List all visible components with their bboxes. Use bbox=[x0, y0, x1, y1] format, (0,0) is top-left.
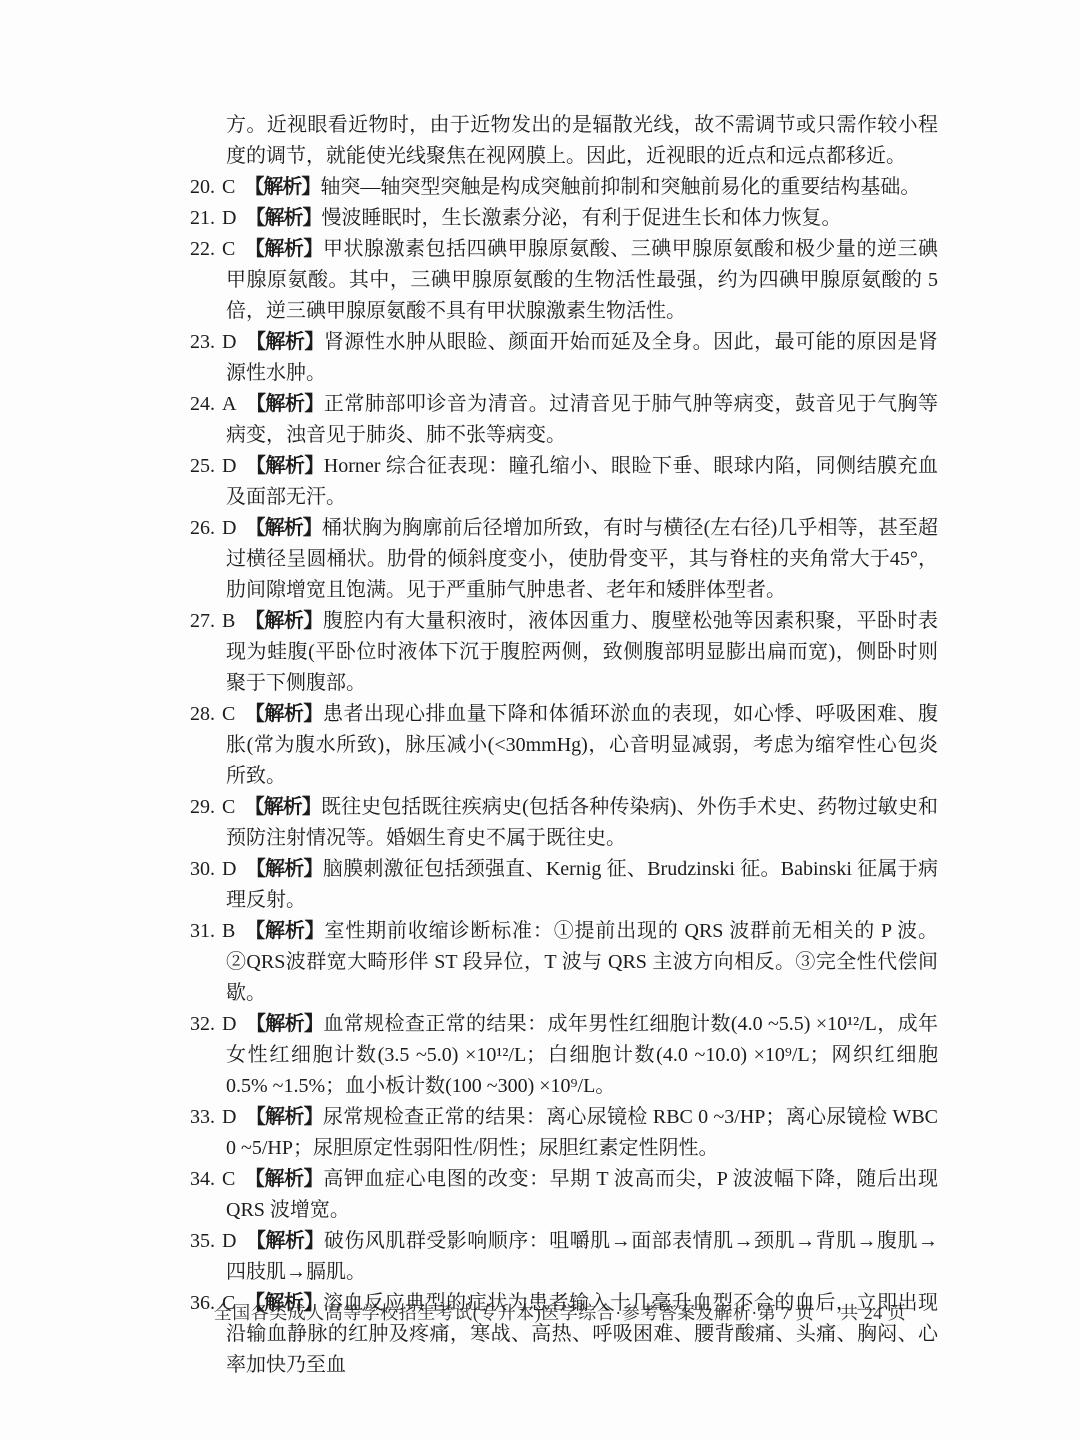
question-number: 28.C bbox=[190, 703, 235, 725]
analysis-label: 【解析】 bbox=[244, 796, 321, 818]
question-number: 20.C bbox=[190, 176, 235, 198]
answer-item: 31.B【解析】室性期前收缩诊断标准：①提前出现的 QRS 波群前无相关的 P … bbox=[190, 916, 938, 1009]
analysis-label: 【解析】 bbox=[245, 331, 323, 353]
footer-text: 全国各类成人高等学校招生考试(专升本)医学综合·参考答案及解析·第 7 页 bbox=[214, 1303, 814, 1323]
answer-letter: B bbox=[222, 610, 235, 632]
answer-letter: D bbox=[222, 1013, 236, 1035]
answer-item: 35.D【解析】破伤风肌群受影响顺序：咀嚼肌→面部表情肌→颈肌→背肌→腹肌→四肢… bbox=[190, 1226, 938, 1288]
analysis-text: 患者出现心排血量下降和体循环淤血的表现，如心悸、呼吸困难、腹胀(常为腹水所致)，… bbox=[226, 703, 938, 787]
answer-item: 20.C【解析】轴突—轴突型突触是构成突触前抑制和突触前易化的重要结构基础。 bbox=[190, 172, 938, 203]
answer-item: 30.D【解析】脑膜刺激征包括颈强直、Kernig 征、Brudzinski 征… bbox=[190, 854, 938, 916]
analysis-label: 【解析】 bbox=[245, 517, 321, 539]
answer-item: 23.D【解析】肾源性水肿从眼睑、颜面开始而延及全身。因此，最可能的原因是肾源性… bbox=[190, 327, 938, 389]
question-number: 32.D bbox=[190, 1013, 236, 1035]
page-footer: 全国各类成人高等学校招生考试(专升本)医学综合·参考答案及解析·第 7 页共 2… bbox=[160, 1299, 960, 1325]
answer-letter: D bbox=[222, 1230, 236, 1252]
answer-list: 20.C【解析】轴突—轴突型突触是构成突触前抑制和突触前易化的重要结构基础。 2… bbox=[190, 172, 938, 1381]
analysis-label: 【解析】 bbox=[244, 1168, 323, 1190]
analysis-text: Horner 综合征表现：瞳孔缩小、眼睑下垂、眼球内陷，同侧结膜充血及面部无汗。 bbox=[226, 455, 938, 508]
analysis-label: 【解析】 bbox=[244, 920, 324, 942]
answer-item: 22.C【解析】甲状腺激素包括四碘甲腺原氨酸、三碘甲腺原氨酸和极少量的逆三碘甲腺… bbox=[190, 234, 938, 327]
answer-letter: D bbox=[222, 455, 236, 477]
question-number: 24.A bbox=[190, 393, 236, 415]
analysis-text: 破伤风肌群受影响顺序：咀嚼肌→面部表情肌→颈肌→背肌→腹肌→四肢肌→膈肌。 bbox=[226, 1230, 938, 1283]
question-number-text: 24. bbox=[190, 393, 215, 415]
question-number: 31.B bbox=[190, 920, 235, 942]
answer-item: 26.D【解析】桶状胸为胸廓前后径增加所致，有时与横径(左右径)几乎相等，甚至超… bbox=[190, 513, 938, 606]
question-number: 26.D bbox=[190, 517, 236, 539]
answer-letter: C bbox=[222, 703, 235, 725]
analysis-text: 腹腔内有大量积液时，液体因重力、腹壁松弛等因素积聚，平卧时表现为蛙腹(平卧位时液… bbox=[226, 610, 938, 694]
answer-letter: C bbox=[222, 176, 235, 198]
analysis-label: 【解析】 bbox=[245, 1106, 322, 1128]
question-number-text: 29. bbox=[190, 796, 215, 818]
question-number: 33.D bbox=[190, 1106, 236, 1128]
answer-item: 33.D【解析】尿常规检查正常的结果：离心尿镜检 RBC 0 ~3/HP；离心尿… bbox=[190, 1102, 938, 1164]
answer-letter: D bbox=[222, 331, 236, 353]
question-number: 29.C bbox=[190, 796, 235, 818]
analysis-text: 血常规检查正常的结果：成年男性红细胞计数(4.0 ~5.5) ×10¹²/L，成… bbox=[226, 1013, 938, 1097]
analysis-text: 桶状胸为胸廓前后径增加所致，有时与横径(左右径)几乎相等，甚至超过横径呈圆桶状。… bbox=[226, 517, 938, 601]
analysis-text: 正常肺部叩诊音为清音。过清音见于肺气肿等病变，鼓音见于气胸等病变，浊音见于肺炎、… bbox=[226, 393, 938, 446]
analysis-text: 肾源性水肿从眼睑、颜面开始而延及全身。因此，最可能的原因是肾源性水肿。 bbox=[226, 331, 938, 384]
answer-letter: D bbox=[222, 858, 236, 880]
question-number: 34.C bbox=[190, 1168, 235, 1190]
question-number: 22.C bbox=[190, 238, 235, 260]
question-number-text: 34. bbox=[190, 1168, 215, 1190]
scanned-answer-page: 方。近视眼看近物时，由于近物发出的是辐散光线，故不需调节或只需作较小程度的调节，… bbox=[0, 0, 1080, 1439]
question-number-text: 28. bbox=[190, 703, 215, 725]
analysis-label: 【解析】 bbox=[244, 610, 323, 632]
answer-item: 21.D【解析】慢波睡眠时，生长激素分泌，有利于促进生长和体力恢复。 bbox=[190, 203, 938, 234]
answer-item: 28.C【解析】患者出现心排血量下降和体循环淤血的表现，如心悸、呼吸困难、腹胀(… bbox=[190, 699, 938, 792]
answer-letter: A bbox=[222, 393, 236, 415]
question-number-text: 32. bbox=[190, 1013, 215, 1035]
analysis-label: 【解析】 bbox=[245, 393, 323, 415]
footer-total-pages: 共 24 页 bbox=[840, 1303, 906, 1323]
analysis-text: 慢波睡眠时，生长激素分泌，有利于促进生长和体力恢复。 bbox=[321, 207, 841, 229]
analysis-text: 高钾血症心电图的改变：早期 T 波高而尖，P 波波幅下降，随后出现 QRS 波增… bbox=[226, 1168, 938, 1221]
analysis-text: 脑膜刺激征包括颈强直、Kernig 征、Brudzinski 征。Babinsk… bbox=[226, 858, 938, 911]
question-number: 21.D bbox=[190, 207, 236, 229]
question-number-text: 30. bbox=[190, 858, 215, 880]
answer-item: 25.D【解析】Horner 综合征表现：瞳孔缩小、眼睑下垂、眼球内陷，同侧结膜… bbox=[190, 451, 938, 513]
question-number-text: 27. bbox=[190, 610, 215, 632]
carryover-paragraph: 方。近视眼看近物时，由于近物发出的是辐散光线，故不需调节或只需作较小程度的调节，… bbox=[226, 110, 938, 172]
answer-letter: B bbox=[222, 920, 235, 942]
question-number: 27.B bbox=[190, 610, 235, 632]
analysis-label: 【解析】 bbox=[245, 1013, 323, 1035]
question-number-text: 31. bbox=[190, 920, 215, 942]
analysis-text: 室性期前收缩诊断标准：①提前出现的 QRS 波群前无相关的 P 波。②QRS波群… bbox=[226, 920, 938, 1004]
answer-letter: D bbox=[222, 1106, 236, 1128]
question-number: 23.D bbox=[190, 331, 236, 353]
content-column: 方。近视眼看近物时，由于近物发出的是辐散光线，故不需调节或只需作较小程度的调节，… bbox=[190, 110, 938, 1381]
question-number-text: 25. bbox=[190, 455, 215, 477]
analysis-label: 【解析】 bbox=[244, 176, 320, 198]
question-number-text: 33. bbox=[190, 1106, 215, 1128]
analysis-text: 既往史包括既往疾病史(包括各种传染病)、外伤手术史、药物过敏史和预防注射情况等。… bbox=[226, 796, 938, 849]
analysis-label: 【解析】 bbox=[245, 455, 323, 477]
analysis-label: 【解析】 bbox=[245, 858, 322, 880]
question-number: 35.D bbox=[190, 1230, 236, 1252]
answer-item: 29.C【解析】既往史包括既往疾病史(包括各种传染病)、外伤手术史、药物过敏史和… bbox=[190, 792, 938, 854]
analysis-label: 【解析】 bbox=[244, 238, 323, 260]
question-number-text: 22. bbox=[190, 238, 215, 260]
analysis-text: 轴突—轴突型突触是构成突触前抑制和突触前易化的重要结构基础。 bbox=[320, 176, 920, 198]
answer-letter: C bbox=[222, 238, 235, 260]
question-number-text: 23. bbox=[190, 331, 215, 353]
question-number-text: 35. bbox=[190, 1230, 215, 1252]
analysis-text: 尿常规检查正常的结果：离心尿镜检 RBC 0 ~3/HP；离心尿镜检 WBC 0… bbox=[226, 1106, 938, 1159]
answer-letter: C bbox=[222, 1168, 235, 1190]
answer-letter: C bbox=[222, 796, 235, 818]
question-number-text: 20. bbox=[190, 176, 215, 198]
question-number-text: 26. bbox=[190, 517, 215, 539]
answer-item: 24.A【解析】正常肺部叩诊音为清音。过清音见于肺气肿等病变，鼓音见于气胸等病变… bbox=[190, 389, 938, 451]
question-number: 25.D bbox=[190, 455, 236, 477]
analysis-label: 【解析】 bbox=[245, 1230, 323, 1252]
analysis-label: 【解析】 bbox=[244, 703, 323, 725]
question-number-text: 21. bbox=[190, 207, 215, 229]
answer-letter: D bbox=[222, 207, 236, 229]
answer-item: 32.D【解析】血常规检查正常的结果：成年男性红细胞计数(4.0 ~5.5) ×… bbox=[190, 1009, 938, 1102]
analysis-label: 【解析】 bbox=[245, 207, 321, 229]
answer-letter: D bbox=[222, 517, 236, 539]
question-number: 30.D bbox=[190, 858, 236, 880]
answer-item: 34.C【解析】高钾血症心电图的改变：早期 T 波高而尖，P 波波幅下降，随后出… bbox=[190, 1164, 938, 1226]
answer-item: 27.B【解析】腹腔内有大量积液时，液体因重力、腹壁松弛等因素积聚，平卧时表现为… bbox=[190, 606, 938, 699]
analysis-text: 甲状腺激素包括四碘甲腺原氨酸、三碘甲腺原氨酸和极少量的逆三碘甲腺原氨酸。其中，三… bbox=[226, 238, 938, 322]
